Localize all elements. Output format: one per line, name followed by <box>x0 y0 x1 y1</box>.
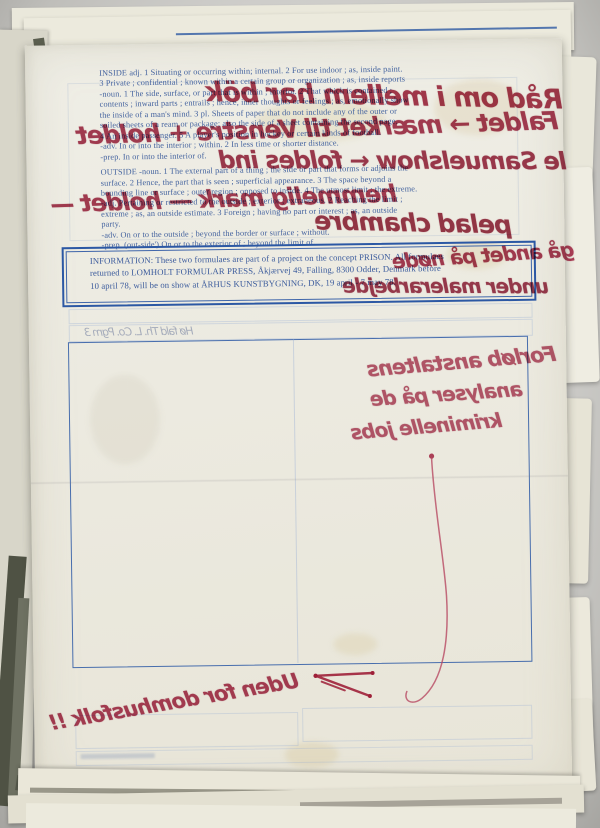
formular-sheet: INSIDE adj. 1 Situating or occurring wit… <box>25 38 572 795</box>
ink-dot <box>371 671 375 675</box>
blue-rule-line <box>176 27 557 36</box>
red-arrowhead <box>316 673 373 697</box>
red-ink-strokes <box>25 38 572 795</box>
red-curve-line <box>403 458 449 702</box>
photo-of-paper-stack: INSIDE adj. 1 Situating or occurring wit… <box>0 0 600 828</box>
